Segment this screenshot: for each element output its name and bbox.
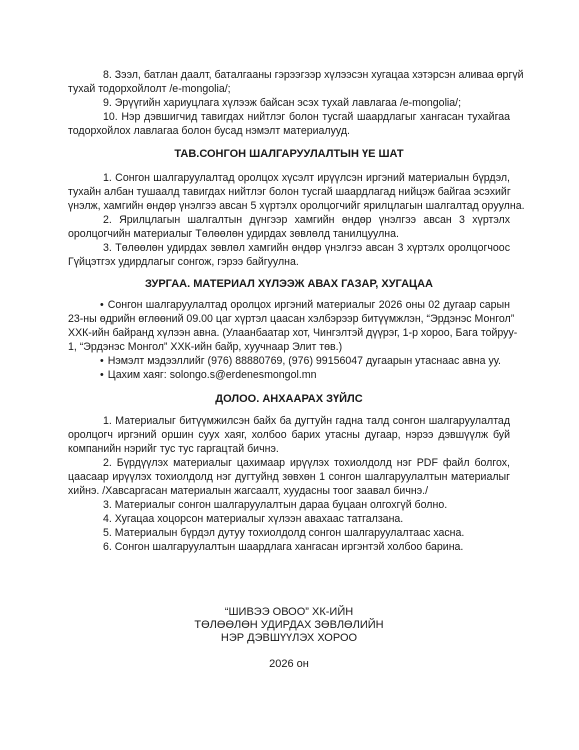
s6-bullet-1-line-4: 1, “Эрдэнэс Монгол” ХХК-ийн байр, хуучна… xyxy=(68,340,510,354)
bullet-icon: • xyxy=(100,354,104,368)
s5-p1-line-1: 1. Сонгон шалгаруулалтад оролцох хүсэлт … xyxy=(103,171,510,185)
bullet-icon: • xyxy=(100,298,104,312)
document-page: 8. Зээл, батлан даалт, баталгааны гэрээг… xyxy=(0,0,579,750)
s7-p3: 3. Материалыг сонгон шалгаруулалтын дара… xyxy=(103,498,510,512)
signature-line-3: НЭР ДЭВШҮҮЛЭХ ХОРОО xyxy=(68,632,510,645)
s5-p1-line-3: үнэлж, хамгийн өндөр үнэлгээ авсан 5 хүр… xyxy=(68,199,510,213)
s5-p3-line-1: 3. Төлөөлөн удирдах зөвлөл хамгийн өндөр… xyxy=(103,241,510,255)
s7-p1-line-1: 1. Материалыг битүүмжилсэн байх ба дугту… xyxy=(103,414,510,428)
section-7-heading: ДОЛОО. АНХААРАХ ЗҮЙЛС xyxy=(68,392,510,406)
s5-p3-line-2: Гүйцэтгэх удирдлагыг сонгож, гэрээ байгу… xyxy=(68,255,510,269)
s7-p2-line-1: 2. Бүрдүүлэх материалыг цахимаар ирүүлэх… xyxy=(103,456,510,470)
bullet-icon: • xyxy=(100,368,104,382)
s7-p1-line-3: компанийн нэрийг тус тус гаргацтай бичнэ… xyxy=(68,442,510,456)
item-8-line-1: 8. Зээл, батлан даалт, баталгааны гэрээг… xyxy=(103,68,510,82)
signature-line-1: “ШИВЭЭ ОВОО” ХК-ИЙН xyxy=(68,606,510,619)
item-10-line-1: 10. Нэр дэвшигчид тавигдах нийтлэг болон… xyxy=(103,110,510,124)
s7-p1-line-2: оролцогч иргэний оршин суух хаяг, холбоо… xyxy=(68,428,510,442)
s6-bullet-3: •Цахим хаяг: solongo.s@erdenesmongol.mn xyxy=(100,368,510,382)
s6-bullet-1-line-3: ХХК-ийн байранд хүлээн авна. (Улаанбаата… xyxy=(68,326,510,340)
section-6-heading: ЗУРГАА. МАТЕРИАЛ ХҮЛЭЭЖ АВАХ ГАЗАР, ХУГА… xyxy=(68,277,510,291)
s7-p5: 5. Материалын бүрдэл дутуу тохиолдолд со… xyxy=(103,526,510,540)
s6-bullet-2: •Нэмэлт мэдээллийг (976) 88880769, (976)… xyxy=(100,354,510,368)
s5-p2-line-1: 2. Ярилцлагын шалгалтын дүнгээр хамгийн … xyxy=(103,213,510,227)
item-8-line-2: тухай тодорхойлолт /e-mongolia/; xyxy=(68,82,510,96)
section-5-heading: ТАВ.СОНГОН ШАЛГАРУУЛАЛТЫН ҮЕ ШАТ xyxy=(68,147,510,161)
item-10-line-2: тодорхойлох лавлагаа болон бусад нэмэлт … xyxy=(68,124,510,138)
s7-p6: 6. Сонгон шалгаруулалтын шаардлага ханга… xyxy=(103,540,510,554)
item-9: 9. Эрүүгийн хариуцлага хүлээж байсан эсэ… xyxy=(103,96,510,110)
s7-p2-line-2: цаасаар ирүүлэх тохиолдолд нэг дугтуйнд … xyxy=(68,470,510,484)
email-label: Цахим хаяг: xyxy=(108,369,170,381)
s6-bullet-1-line-2: 23-ны өдрийн өглөөний 09.00 цаг хүртэл ц… xyxy=(68,312,510,326)
s7-p2-line-3: хийнэ. /Хавсаргасан материалын жагсаалт,… xyxy=(68,484,510,498)
signature-line-2: ТӨЛӨӨЛӨН УДИРДАХ ЗӨВЛӨЛИЙН xyxy=(68,619,510,632)
s7-p4: 4. Хугацаа хоцорсон материалыг хүлээн ав… xyxy=(103,512,510,526)
s6-bullet-1-line-1: •Сонгон шалгаруулалтад оролцох иргэний м… xyxy=(100,298,510,312)
signature-year: 2026 он xyxy=(68,658,510,671)
email-link[interactable]: solongo.s@erdenesmongol.mn xyxy=(170,369,317,381)
s5-p2-line-2: оролцогчийн материалыг Төлөөлөн удирдах … xyxy=(68,227,510,241)
s5-p1-line-2: тухайн албан тушаалд тавигдах нийтлэг бо… xyxy=(68,185,510,199)
